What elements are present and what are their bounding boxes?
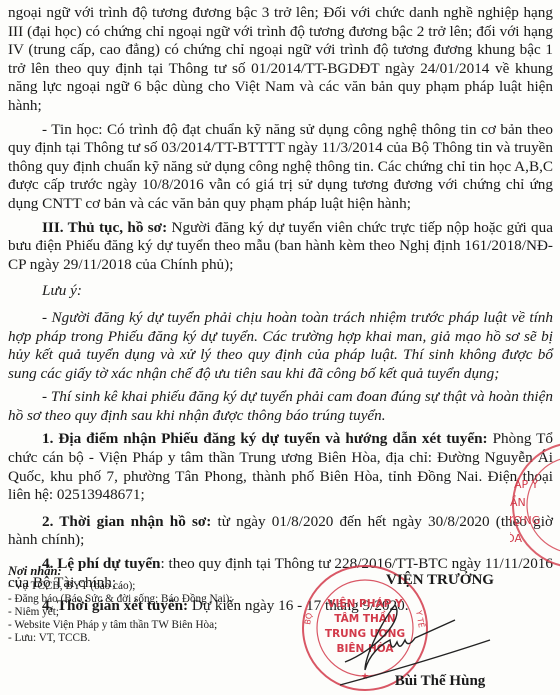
paragraph-foreign-language: ngoại ngữ với trình độ tương đương bậc 3…	[8, 4, 553, 116]
item-2-heading: 2. Thời gian nhận hồ sơ:	[42, 513, 211, 530]
document-page: ngoại ngữ với trình độ tương đương bậc 3…	[8, 0, 553, 616]
handwritten-signature-icon	[335, 600, 495, 690]
recipient-item: - Đăng báo (Báo Sức & đời sống; Báo Đồng…	[8, 593, 233, 606]
section-3-heading: III. Thủ tục, hồ sơ:	[42, 219, 167, 236]
item-1-heading: 1. Địa điểm nhận Phiếu đăng ký dự tuyển …	[42, 430, 488, 447]
partial-stamp-icon: ÁP Y ẦN ƯƠNG ÒA	[510, 440, 560, 570]
note-label: Lưu ý:	[8, 282, 553, 301]
paragraph-it-skills: - Tin học: Có trình độ đạt chuẩn kỹ năng…	[8, 121, 553, 214]
svg-text:ÒA: ÒA	[510, 532, 522, 545]
svg-text:ẦN: ẦN	[510, 495, 526, 509]
svg-text:ƯƠNG: ƯƠNG	[510, 514, 540, 527]
note-2-text: - Thí sinh kê khai phiếu đăng ký dự tuyể…	[8, 388, 553, 424]
svg-text:BỘ: BỘ	[301, 612, 314, 626]
note-1: - Người đăng ký dự tuyển phải chịu hoàn …	[8, 309, 553, 383]
note-1-text: - Người đăng ký dự tuyển phải chịu hoàn …	[8, 309, 553, 382]
item-2: 2. Thời gian nhận hồ sơ: từ ngày 01/8/20…	[8, 513, 553, 550]
recipients-title: Nơi nhận:	[8, 565, 233, 578]
note-2: - Thí sinh kê khai phiếu đăng ký dự tuyể…	[8, 388, 553, 425]
recipient-item: - Vụ TCCB, BYT (báo cáo);	[8, 580, 233, 593]
recipients-block: Nơi nhận: - Vụ TCCB, BYT (báo cáo); - Đă…	[8, 565, 233, 645]
svg-text:ÁP Y: ÁP Y	[514, 478, 539, 491]
item-1: 1. Địa điểm nhận Phiếu đăng ký dự tuyển …	[8, 430, 553, 504]
note-label-text: Lưu ý:	[42, 282, 82, 299]
recipient-item: - Website Viện Pháp y tâm thần TW Biên H…	[8, 619, 233, 632]
recipient-item: - Lưu: VT, TCCB.	[8, 632, 233, 645]
section-3: III. Thủ tục, hồ sơ: Người đăng ký dự tu…	[8, 219, 553, 275]
signer-role: VIỆN TRƯỞNG	[340, 572, 540, 589]
recipient-item: - Niêm yết;	[8, 606, 233, 619]
